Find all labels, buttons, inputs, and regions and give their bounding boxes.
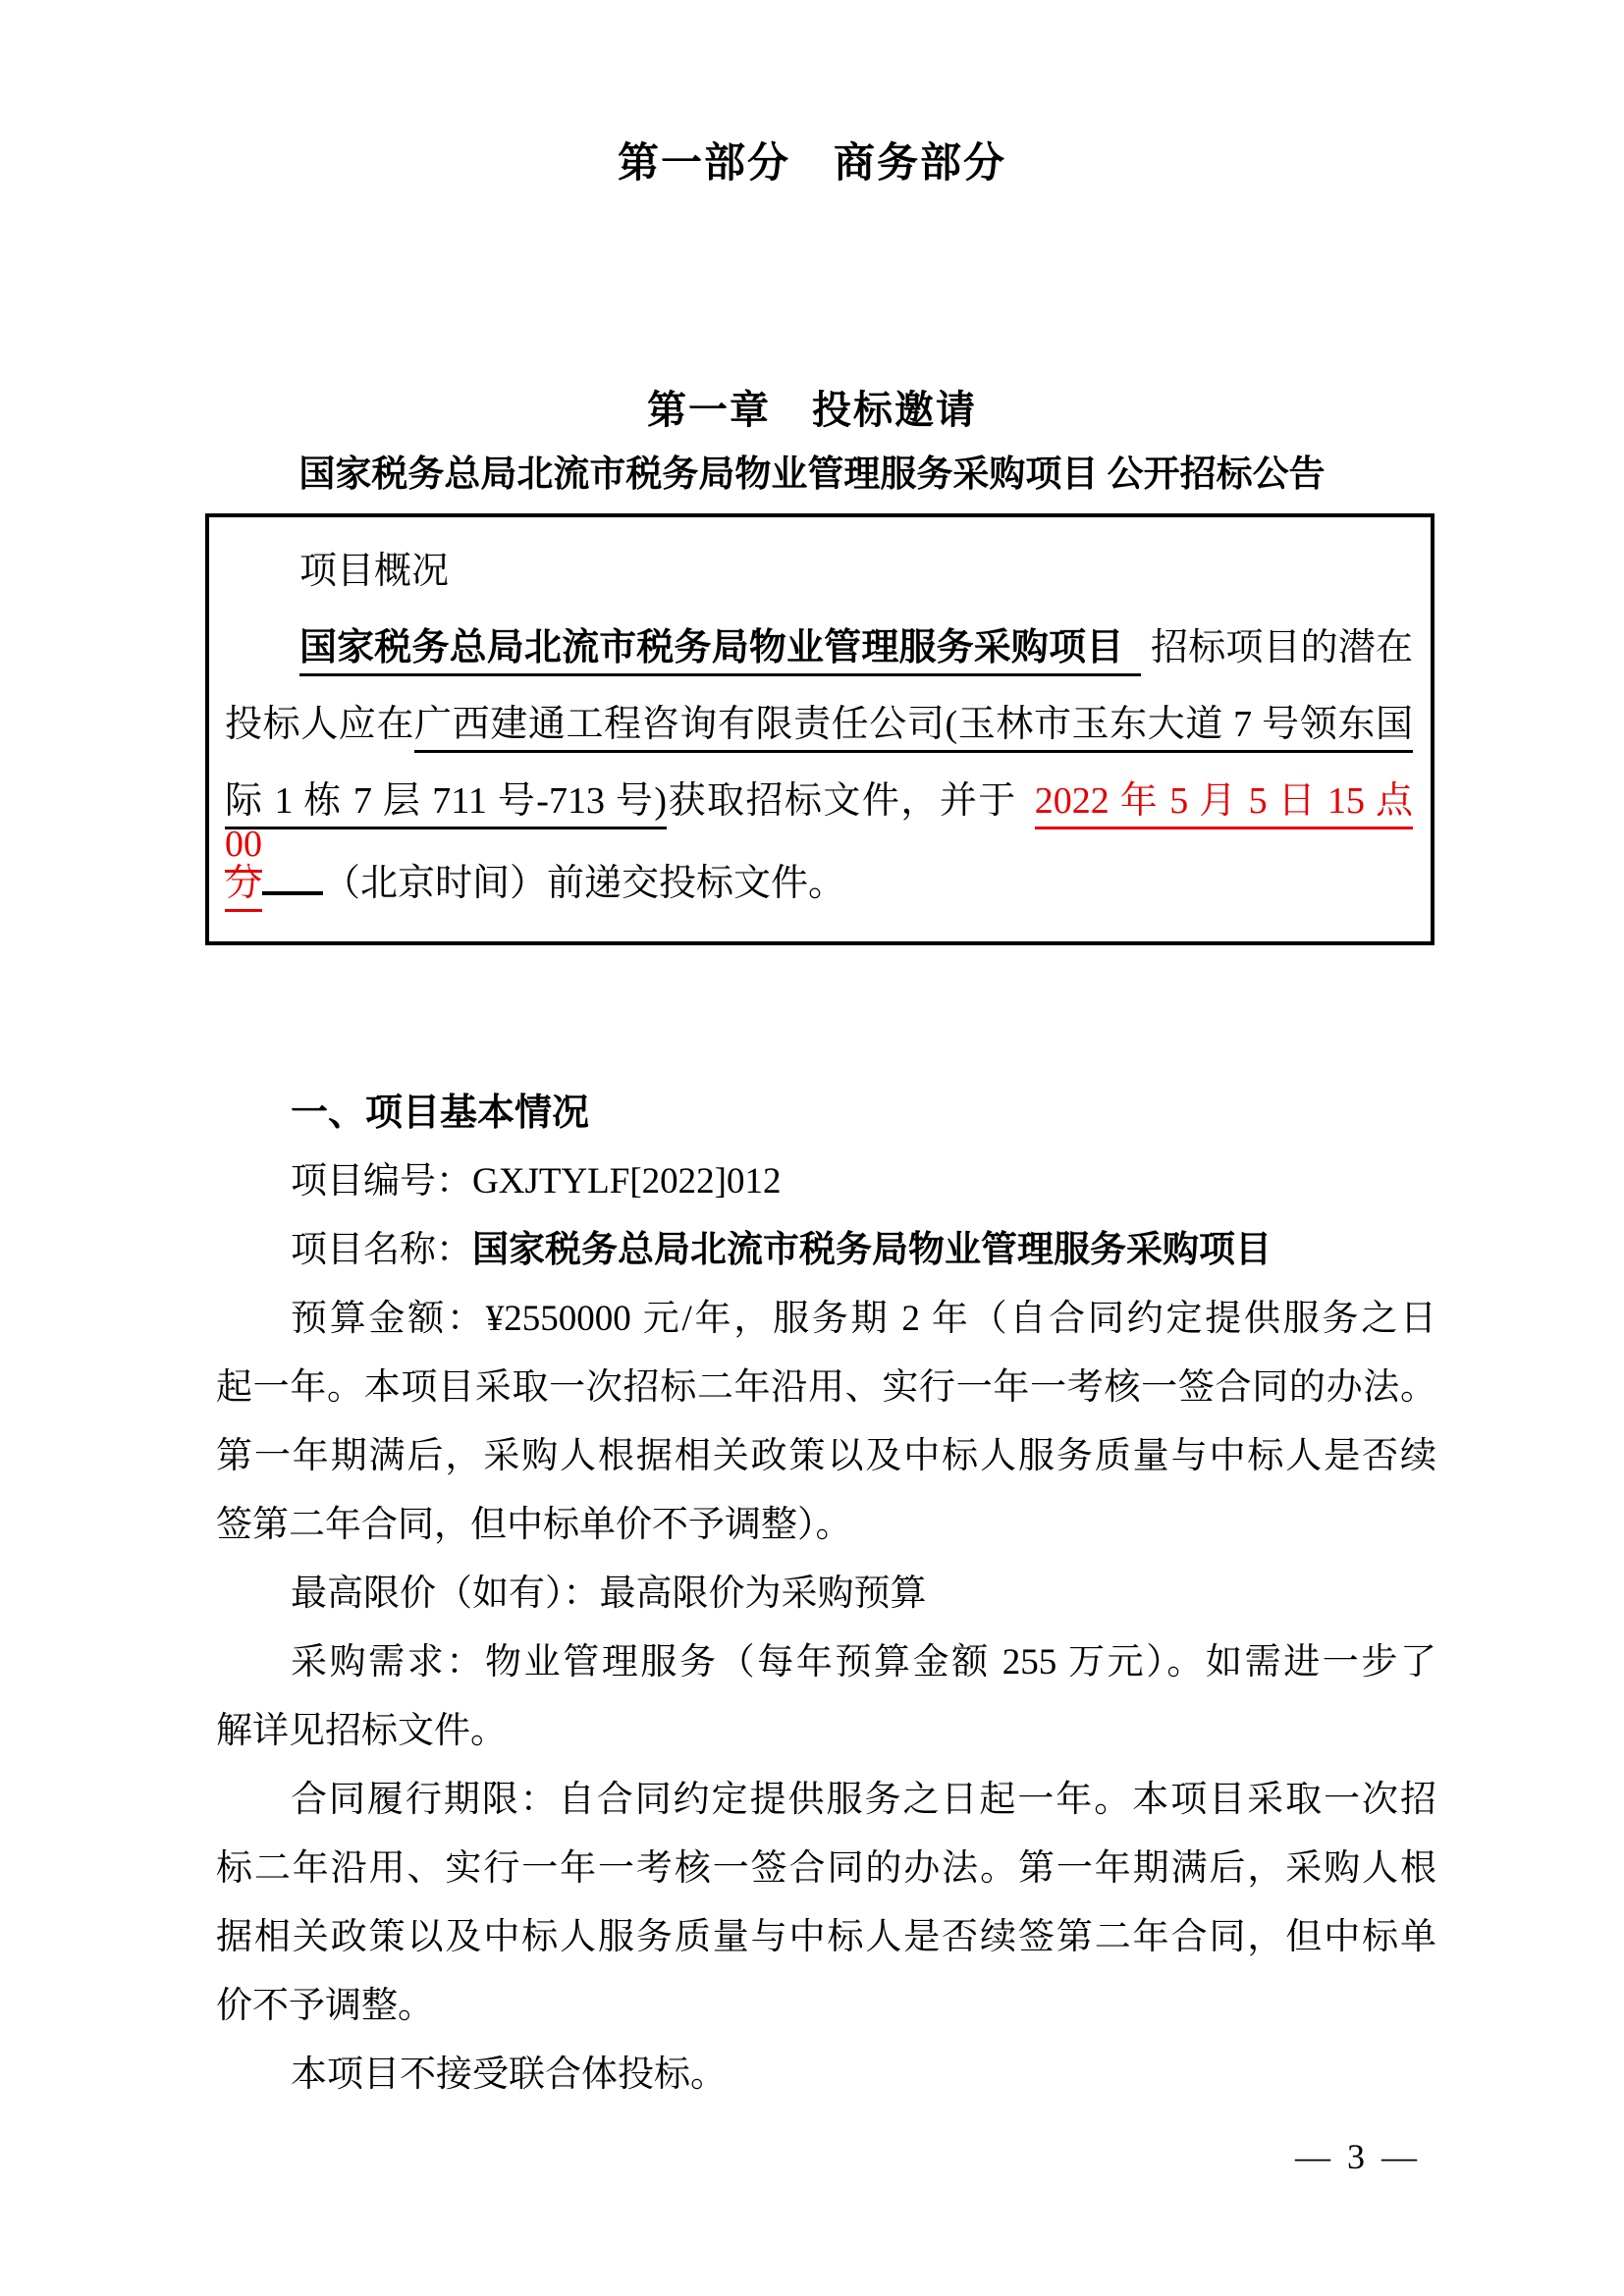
agency-address-underline: 广西建通工程咨询有限责任公司(玉林市玉东大道 7 号领东国 [414,704,1413,753]
overview-label-text: 项目概况 [299,551,449,592]
box-line-deadline-end: 分（北京时间）前递交投标文件。 [225,856,1413,897]
box-overview-label: 项目概况 [225,550,1413,591]
line4-middle-text: 获取招标文件，并于 [667,780,1035,822]
budget-line: 第一年期满后，采购人根据相关政策以及中标人服务质量与中标人是否续 [216,1436,1436,1475]
line2-rest-text: 招标项目的潜在 [1141,627,1413,668]
contract-period-paragraph: 合同履行期限：自合同约定提供服务之日起一年。本项目采取一次招 标二年沿用、实行一… [216,1780,1436,2025]
contract-line: 标二年沿用、实行一年一考核一签合同的办法。第一年期满后，采购人根 [216,1848,1436,1888]
demand-line: 解详见招标文件。 [216,1711,1436,1750]
part-title: 第一部分 商务部分 [0,131,1624,189]
box-line-deadline: 际 1 栋 7 层 711 号-713 号)获取招标文件，并于2022 年 5 … [225,779,1413,821]
box-line-project-name: 国家税务总局北流市税务局物业管理服务采购项目 招标项目的潜在 [225,626,1413,667]
contract-line: 价不予调整。 [216,1986,1436,2025]
project-name-label: 项目名称： [291,1230,472,1270]
page-number: — 3 — [1295,2136,1421,2177]
document-body: 一、项目基本情况 项目编号：GXJTYLF[2022]012 项目名称：国家税务… [216,1093,1436,2123]
announcement-title: 国家税务总局北流市税务局物业管理服务采购项目 公开招标公告 [0,444,1624,497]
deadline-minute-red: 分 [225,863,262,912]
no-consortium-line: 本项目不接受联合体投标。 [216,2055,1436,2094]
contract-line: 据相关政策以及中标人服务质量与中标人是否续签第二年合同，但中标单 [216,1917,1436,1956]
project-name-line: 项目名称：国家税务总局北流市税务局物业管理服务采购项目 [216,1230,1436,1269]
budget-line: 签第二年合同，但中标单价不予调整）。 [216,1505,1436,1544]
procurement-demand-paragraph: 采购需求：物业管理服务（每年预算金额 255 万元）。如需进一步了 解详见招标文… [216,1642,1436,1750]
underline-gap [262,856,323,895]
project-name-value: 国家税务总局北流市税务局物业管理服务采购项目 [472,1230,1272,1270]
box-line-agency: 投标人应在广西建通工程咨询有限责任公司(玉林市玉东大道 7 号领东国 [225,703,1413,744]
budget-line: 起一年。本项目采取一次招标二年沿用、实行一年一考核一签合同的办法。 [216,1367,1436,1407]
project-overview-box: 项目概况 国家税务总局北流市税务局物业管理服务采购项目 招标项目的潜在 投标人应… [205,513,1435,945]
contract-line: 合同履行期限：自合同约定提供服务之日起一年。本项目采取一次招 [216,1780,1436,1819]
document-page: { "page": { "part_title": "第一部分 商务部分", "… [0,0,1624,2296]
line5-suffix-text: （北京时间）前递交投标文件。 [323,863,845,904]
budget-paragraph: 预算金额：¥2550000 元/年，服务期 2 年（自合同约定提供服务之日 起一… [216,1299,1436,1544]
budget-line: 预算金额：¥2550000 元/年，服务期 2 年（自合同约定提供服务之日 [216,1299,1436,1338]
chapter-title: 第一章 投标邀请 [0,379,1624,435]
project-name-emphasis: 国家税务总局北流市税务局物业管理服务采购项目 [299,627,1141,676]
max-price-line: 最高限价（如有）：最高限价为采购预算 [216,1574,1436,1613]
section-heading-basic-info: 一、项目基本情况 [216,1093,1436,1132]
project-number-line: 项目编号：GXJTYLF[2022]012 [216,1161,1436,1201]
demand-line: 采购需求：物业管理服务（每年预算金额 255 万元）。如需进一步了 [216,1642,1436,1682]
line3-prefix-text: 投标人应在 [225,704,414,745]
address-continuation-underline: 际 1 栋 7 层 711 号-713 号) [225,780,667,829]
